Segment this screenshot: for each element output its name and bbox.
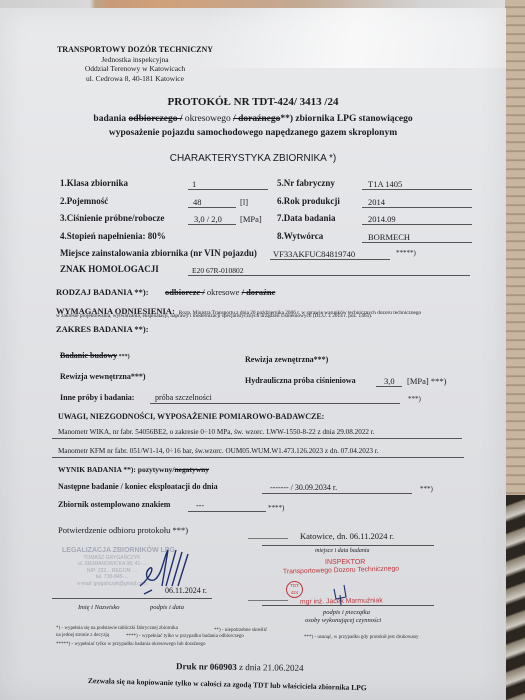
vin-label: Miejsce zainstalowania zbiornika (nr VIN… xyxy=(60,248,257,258)
pressure-label: 3.Ciśnienie próbne/robocze xyxy=(60,213,164,223)
footnote-4: ****) - wypełniać tylko w przypadku bada… xyxy=(126,634,244,639)
result-positive: pozytywny/ xyxy=(138,465,175,474)
org-header: TRANSPORTOWY DOZÓR TECHNICZNY Jednostka … xyxy=(55,45,215,83)
footnote-3: ***) - usunąć, w przypadku gdy protokół … xyxy=(304,635,419,640)
stamp-mark-value: --- xyxy=(196,501,204,510)
class-label: 1.Klasa zbiornika xyxy=(60,178,128,188)
protocol-document: TRANSPORTOWY DOZÓR TECHNICZNY Jednostka … xyxy=(0,8,506,700)
class-value: 1 xyxy=(192,179,196,189)
org-branch: Oddział Terenowy w Katowicach xyxy=(55,64,215,74)
org-address: ul. Cedrowa 8, 40-181 Katowice xyxy=(55,74,215,84)
section-characteristics: CHARAKTERYSTYKA ZBIORNIKA *) xyxy=(0,153,506,164)
test-type-label: RODZAJ BADANIA **): xyxy=(56,287,149,297)
other-tests-label: Inne próby i badania: xyxy=(60,393,134,402)
production-year-value: 2014 xyxy=(368,197,385,207)
name-caption: Imię i Nazwisko xyxy=(78,604,120,611)
binder-edge-lower xyxy=(505,495,525,700)
next-test-value: ------- / 30.09.2034 r. xyxy=(270,483,337,492)
copy-note: Zezwala się na kopiowanie tylko w całośc… xyxy=(88,676,367,692)
serial-value: T1A 1405 xyxy=(368,179,402,189)
title-line-2: wyposażenie pojazdu samochodowego napędz… xyxy=(0,128,506,138)
inspector-caption-2: osoby wykonującej czynności xyxy=(305,617,381,624)
inspector-caption-1: podpis i pieczątka xyxy=(323,609,370,616)
hydraulic-unit: [MPa] ***) xyxy=(407,376,446,386)
result-negative: negatywny xyxy=(174,465,209,474)
other-tests-note: ***) xyxy=(408,395,421,403)
result: WYNIK BADANIA **): pozytywny/negatywny xyxy=(58,465,209,474)
capacity-unit: [l] xyxy=(240,197,248,207)
serial-label: 5.Nr fabryczny xyxy=(277,178,335,188)
print-number: Druk nr 060903 z dnia 21.06.2024 xyxy=(176,661,304,673)
capacity-label: 2.Pojemność xyxy=(60,196,108,206)
scope-label: ZAKRES BADANIA **): xyxy=(56,324,149,334)
org-unit: Jednostka inspekcyjna xyxy=(55,55,215,65)
inspector-stamp-title: INSPEKTOR xyxy=(325,559,365,566)
scope-internal: Rewizja wewnętrzna***) xyxy=(60,372,146,381)
pressure-unit: [MPa] xyxy=(240,214,262,224)
tdt-seal-icon: TDT 424 xyxy=(286,581,303,598)
test-type-value: odbiorcze / okresowe / doraźne xyxy=(165,287,275,297)
requirements-text-2: w zakresie projektowania, wytwarzania, e… xyxy=(56,313,372,319)
place-date-caption: miejsce i data badania xyxy=(315,548,370,554)
capacity-value: 48 xyxy=(193,197,202,207)
inspector-stamp-org: Transportowego Dozoru Technicznego xyxy=(283,565,399,575)
result-label: WYNIK BADANIA **): xyxy=(58,465,138,474)
fill-degree-label: 4.Stopień napełnienia: 80% xyxy=(60,231,166,241)
other-tests-value: próba szczelności xyxy=(155,393,212,402)
manufacturer-label: 8.Wytwórca xyxy=(277,231,323,241)
hydraulic-value: 3,0 xyxy=(384,376,395,386)
test-date-value: 2014.09 xyxy=(368,214,396,224)
footnote-2: **) - niepotrzebne skreślić xyxy=(214,628,267,633)
footnote-1: *) - wypełnia się na podstawie tabliczki… xyxy=(56,626,178,631)
recipient-date: 06.11.2024 r. xyxy=(165,586,207,595)
footnote-5: *****) - wypełniać tylko w przypadku bad… xyxy=(56,642,206,647)
homologation-value: E20 67R-010802 xyxy=(192,266,243,275)
remarks-label: UWAGI, NIEZGODNOŚCI, WYPOSAŻENIE POMIARO… xyxy=(58,412,324,421)
manufacturer-value: BORMECH xyxy=(368,232,410,242)
confirmation-label: Potwierdzenie odbioru protokołu ***) xyxy=(58,525,188,535)
scope-construction: Badanie budowy ***) xyxy=(60,351,130,360)
test-date-label: 7.Data badania xyxy=(277,213,336,223)
homologation-label: ZNAK HOMOLOGACJI xyxy=(60,264,159,274)
remark-line-1: Manometr WIKA, nr fabr. 54056BE2, o zakr… xyxy=(58,428,375,436)
protocol-title: PROTOKÓŁ NR TDT-424/ 3413 /24 xyxy=(0,96,506,108)
hydraulic-label: Hydrauliczna próba ciśnieniowa xyxy=(245,376,356,385)
stamp-mark-label: Zbiornik ostemplowano znakiem xyxy=(58,500,170,509)
production-year-label: 6.Rok produkcji xyxy=(277,196,340,206)
struck-odbiorczego: odbiorczego / xyxy=(129,114,183,124)
scope-external: Rewizja zewnętrzna***) xyxy=(245,355,328,364)
next-test-label: Następne badanie / koniec eksploatacji d… xyxy=(58,482,218,491)
vin-value: VF33AKFUC84819740 xyxy=(273,249,355,259)
remark-line-2: Manometr KFM nr fabr. 051/W1-14, 0÷16 ba… xyxy=(58,447,379,455)
vin-note: *****) xyxy=(396,249,416,257)
next-test-note: ***) xyxy=(420,485,433,493)
signature-caption: podpis i data xyxy=(150,604,184,611)
struck-doraznego: / doraźnego xyxy=(233,114,280,124)
title-line-1: badania odbiorczego / okresowego / doraź… xyxy=(0,114,506,124)
stamp-mark-note: ****) xyxy=(268,504,284,512)
pressure-value: 3,0 / 2,0 xyxy=(194,214,222,224)
org-name: TRANSPORTOWY DOZÓR TECHNICZNY xyxy=(55,45,215,55)
place-date: Katowice, dn. 06.11.2024 r. xyxy=(300,531,394,541)
footnote-1b: na jednej stronie z decyzją xyxy=(56,633,109,638)
